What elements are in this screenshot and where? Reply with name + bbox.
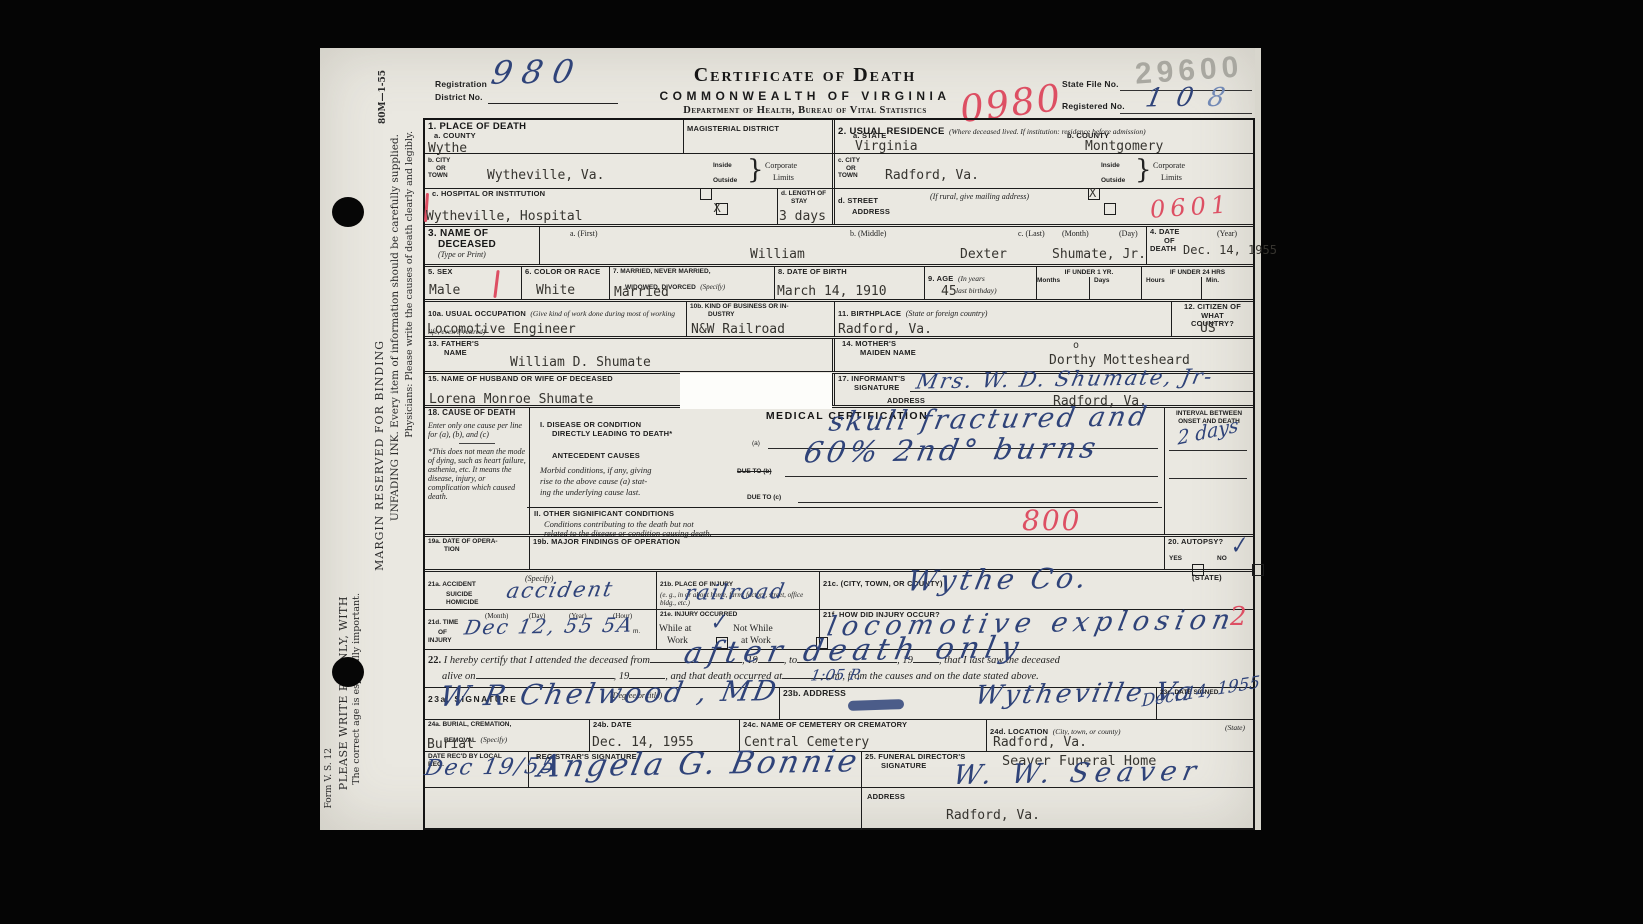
hours-label: Hours [1142,277,1202,299]
accident-handwriting: accident [505,579,616,601]
margin-note-unfading: UNFADING INK. Every item of information … [389,134,401,521]
print-code: 80M—1-55 [378,70,388,124]
birthplace-note: (State or foreign country) [906,309,988,318]
funeral-director-signature-handwriting: W. W. Seaver [952,762,1204,786]
place-of-injury-handwriting: railroad [683,581,788,603]
certify-handwriting: after death only [682,638,1025,664]
time-of-injury-label-1: 21d. TIME [428,619,458,626]
if-under-24hrs-label: IF UNDER 24 HRS [1142,269,1253,277]
cause-note-1: Enter only one cause per line for (a), (… [428,421,526,439]
margin-reserved-label: MARGIN RESERVED FOR BINDING [373,340,386,571]
red-stamp-0601: 0601 [1149,190,1232,224]
cause-note-2: *This does not mean the mode of dying, s… [428,447,526,501]
margin-note-physicians: Physicians: Please write the causes of d… [404,131,415,438]
death-certificate-document: Form V. S. 12 PLEASE WRITE PLAINLY, WITH… [320,48,1255,830]
place-city-value: Wytheville, Va. [487,168,604,183]
form-number: Form V. S. 12 [324,748,334,809]
registered-no-value-blue: 8 [1206,88,1227,108]
burial-specify-note: (Specify) [480,735,507,744]
magisterial-district-label: MAGISTERIAL DISTRICT [687,125,829,134]
if-under-1yr-label: IF UNDER 1 YR. [1037,269,1141,277]
length-of-stay-value: 3 days [779,209,826,224]
registrar-signature-handwriting: Angela G. Bonnie [536,751,861,777]
business-label-1: 10b. KIND OF BUSINESS OR IN- [690,303,831,311]
residence-inside-label: Inside [1101,162,1120,170]
cause-of-death-label: 18. CAUSE OF DEATH [428,409,526,418]
month-label: (Month) [1062,229,1089,238]
state-file-label: State File No. [1062,80,1119,89]
day-label: (Day) [1119,229,1138,238]
operation-findings-label: 19b. MAJOR FINDINGS OF OPERATION [533,538,1161,547]
cemetery-label: 24c. NAME OF CEMETERY OR CREMATORY [743,721,983,730]
operation-date-label-1: 19a. DATE OF OPERA- [428,538,526,546]
registration-district-label-2: District No. [435,93,483,102]
place-corporate-label-1: Corporate [765,162,797,170]
spouse-name-value: Lorena Monroe Shumate [429,392,593,407]
date-of-death-value: Dec. 14, 1955 [1183,243,1277,258]
residence-corporate-label-2: Limits [1161,174,1182,182]
months-label: Months [1037,277,1090,299]
last-name-label: c. (Last) [1018,229,1045,238]
injury-meridiem-label: m. [633,628,640,636]
place-corporate-label-2: Limits [773,174,794,182]
registration-district-value: 980 [490,61,585,83]
burial-value: Burial [427,737,474,752]
antecedent-causes-label: ANTECEDENT CAUSES [552,452,640,461]
business-label-2: DUSTRY [708,311,831,319]
cause-b-label: DUE TO (b) [737,468,772,476]
accident-suicide-label-1: 21a. ACCIDENT [428,581,476,588]
margin-note-age: The correct age is especially important. [351,593,362,785]
middle-name-label: b. (Middle) [850,229,886,238]
certify-number: 22. [428,655,441,666]
certificate-form: 1. PLACE OF DEATH a. COUNTY Wythe MAGIST… [423,118,1255,830]
redaction-box [680,373,832,409]
cause-a-label: (a) [752,440,760,448]
residence-corporate-brace: } [1135,155,1152,185]
time-of-injury-handwriting: Dec 12, 55 5A [463,615,636,638]
dob-value: March 14, 1910 [777,284,887,299]
race-value: White [536,283,575,298]
length-of-stay-label-1: d. LENGTH OF [781,190,829,198]
certify-text-1: I hereby certify that I attended the dec… [444,655,650,666]
interval-line-b [1169,478,1247,479]
location-value: Radford, Va. [993,735,1087,750]
burial-date-label: 24b. DATE [593,721,736,730]
father-name-label-1: 13. FATHER'S [428,340,829,349]
occupation-value: Locomotive Engineer [427,322,576,337]
injury-county-handwriting: Wythe Co. [906,568,1092,591]
commonwealth-subtitle: COMMONWEALTH OF VIRGINIA [640,89,970,103]
cause-c-line [798,502,1158,503]
place-county-label: a. COUNTY [434,132,680,141]
registered-no-label: Registered No. [1062,102,1125,111]
business-value: N&W Railroad [691,322,785,337]
red-mark-2: 2 [1230,602,1247,632]
registration-underline [488,103,618,104]
autopsy-yes-label: YES [1169,555,1182,563]
residence-state-value: Virginia [855,139,918,154]
autopsy-no-checkbox [1252,564,1264,576]
length-of-stay-label-2: STAY [791,198,829,206]
morbid-note-1: Morbid conditions, if any, giving [540,466,651,475]
occupation-label: 10a. USUAL OCCUPATION [428,309,526,318]
race-label: 6. COLOR OR RACE [525,268,606,277]
age-note-1: (In years [958,274,985,283]
scan-background: Form V. S. 12 PLEASE WRITE PLAINLY, WITH… [0,0,1643,924]
location-state-note: (State) [1225,723,1245,732]
cause-b-line [785,476,1158,477]
injury-state-label: (STATE) [1192,574,1222,583]
usual-residence-note: (Where deceased lived. If institution: r… [949,127,1146,136]
birthplace-label: 11. BIRTHPLACE [838,309,901,318]
morbid-note-3: ing the underlying cause last. [540,488,640,497]
while-at-work-check-mark: ✓ [707,611,728,634]
age-note-2: last birthday) [956,286,1033,295]
place-inside-label: Inside [713,162,732,170]
funeral-director-address-value: Radford, Va. [946,808,1040,823]
age-label: 9. AGE [928,274,954,283]
disease-condition-label-2: DIRECTLY LEADING TO DEATH* [552,430,672,439]
name-of-deceased-label-2: DECEASED [438,239,536,250]
middle-name-value: Dexter [960,247,1007,262]
while-at-work-label-2: Work [667,635,688,648]
autopsy-no-label: NO [1217,555,1227,563]
cause-a-handwriting: skull fractured and [827,407,1150,433]
interval-line-a [1169,450,1247,451]
registration-district-label-1: Registration [435,80,487,89]
dob-label: 8. DATE OF BIRTH [778,268,921,277]
hospital-label: c. HOSPITAL OR INSTITUTION [432,190,774,199]
age-value: 45 [941,284,957,299]
other-conditions-label: II. OTHER SIGNIFICANT CONDITIONS [534,510,674,519]
citizen-label-1: 12. CITIZEN OF WHAT [1175,303,1250,320]
street-address-label-1: d. STREET [838,196,878,205]
department-subtitle: Department of Health, Bureau of Vital St… [640,105,970,116]
marital-label-1: 7. MARRIED, NEVER MARRIED, [613,268,771,276]
first-name-value: William [750,247,805,262]
father-name-value: William D. Shumate [510,355,651,370]
informant-address-label: ADDRESS [887,397,925,406]
sex-value: Male [429,283,460,298]
first-name-label: a. (First) [570,229,598,238]
marital-note: (Specify) [700,283,725,291]
sex-label: 5. SEX [428,268,518,277]
name-of-deceased-label-1: 3. NAME OF [428,228,536,239]
residence-county-value: Montgomery [1085,139,1163,154]
residence-city-value: Radford, Va. [885,168,979,183]
punch-hole-bottom [332,657,364,687]
days-label: Days [1090,277,1141,299]
operation-date-label-2: TION [444,546,526,554]
cause-note-divider [459,443,495,444]
place-corporate-brace: } [747,155,764,185]
burial-label-1: 24a. BURIAL, CREMATION, [428,721,586,729]
hospital-value: Wytheville, Hospital [426,209,583,224]
residence-corporate-label-1: Corporate [1153,162,1185,170]
cause-b-handwriting: 60% 2nd° burns [803,437,1102,462]
registered-no-value-ink: 10 [1144,87,1209,108]
last-name-value: Shumate, Jr. [1052,247,1146,262]
place-outside-label: Outside [713,177,737,185]
funeral-director-address-label: ADDRESS [867,793,1250,802]
street-address-note: (If rural, give mailing address) [930,192,1029,201]
name-of-deceased-label-3: (Type or Print) [438,250,536,259]
residence-outside-label: Outside [1101,177,1125,185]
mother-name-inserted-letter: o [1073,338,1079,353]
residence-city-label-1: c. CITY [838,157,1250,165]
morbid-note-2: rise to the above cause (a) stat- [540,477,647,486]
year-label: (Year) [1217,229,1237,238]
death-time-handwriting: 1:05 P. [809,665,863,686]
birthplace-value: Radford, Va. [838,322,932,337]
minutes-label: Min. [1202,277,1253,299]
physician-signature-handwriting: W R Chelwood , MD [438,681,780,707]
marital-value: Married [614,285,669,300]
strikeout-mark [848,699,904,711]
citizen-value: US [1200,321,1216,336]
margin-note-please: PLEASE WRITE PLAINLY, WITH [337,596,350,790]
informant-signature-value: Mrs. W. D. Shumate, Jr- [915,366,1216,391]
red-stamp-800: 800 [1022,504,1081,537]
cause-c-label: DUE TO (c) [747,494,781,502]
punch-hole-top [332,197,364,227]
certificate-title: Certificate of Death [655,64,955,87]
injury-occurred-label: 21e. INJURY OCCURRED [660,611,816,619]
registered-underline [1120,113,1252,114]
